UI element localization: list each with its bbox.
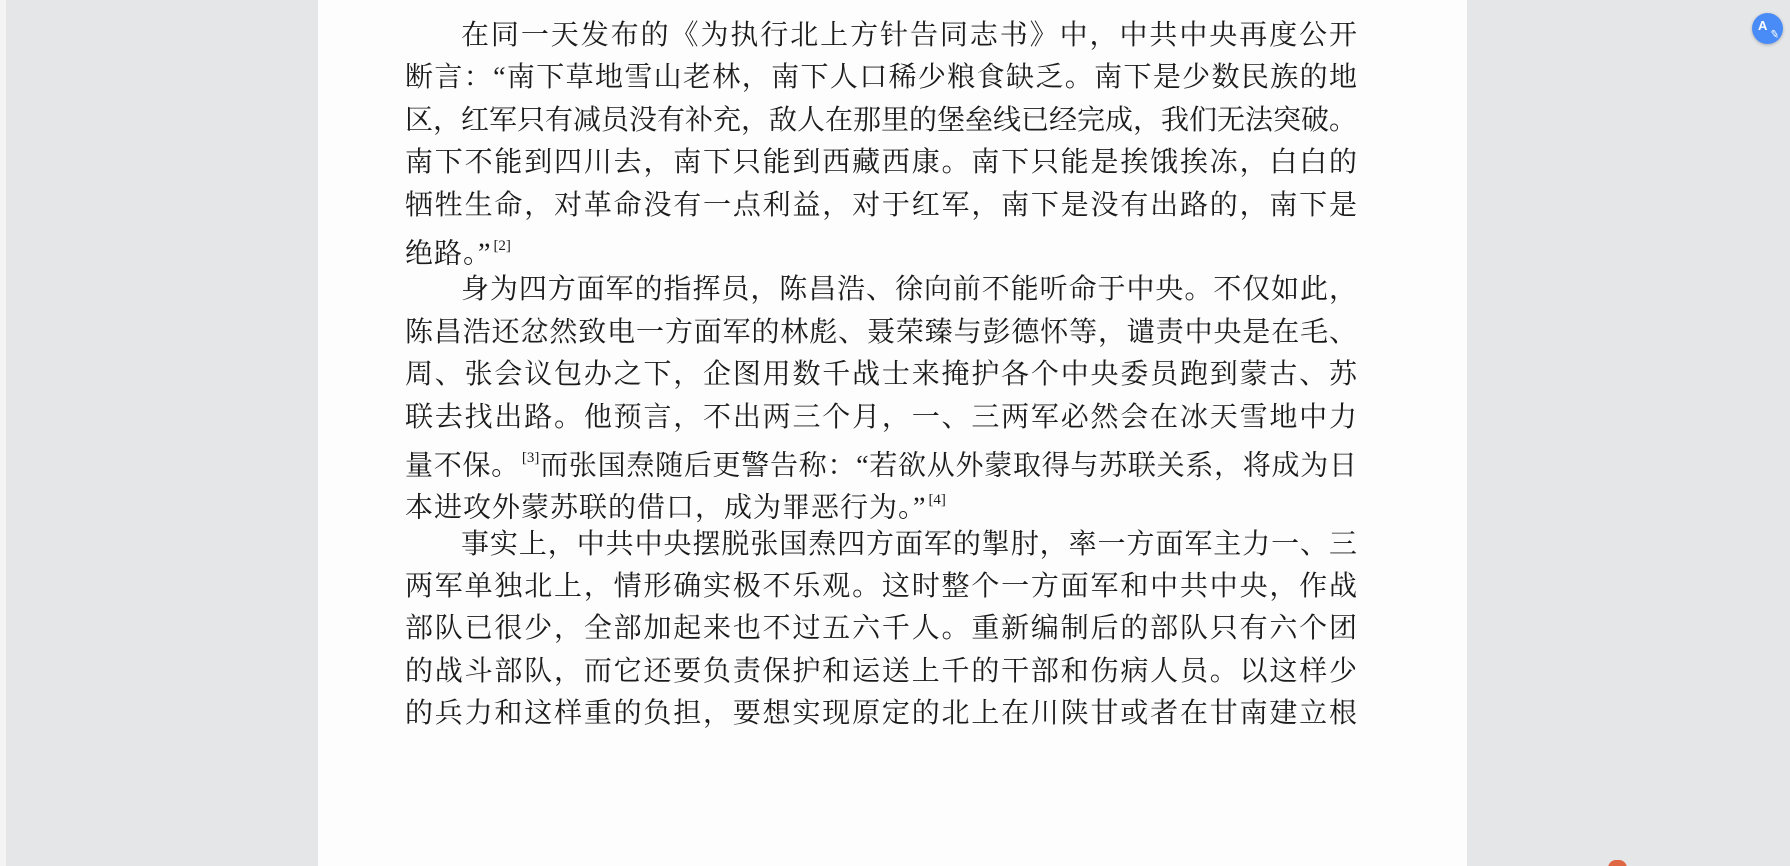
footnote-ref: [3] [522,450,540,466]
text-segment: 周、张会议包办之下，企图用数千战士来掩护各个中央委员跑到蒙古、苏 [405,359,1357,390]
text-segment: 南下不能到四川去，南下只能到西藏西康。南下只能是挨饿挨冻，白白的 [405,147,1357,178]
text-line: 陈昌浩还忿然致电一方面军的林彪、聂荣臻与彭德怀等，谴责中央是在毛、 [405,312,1357,354]
text-segment: 陈昌浩还忿然致电一方面军的林彪、聂荣臻与彭德怀等，谴责中央是在毛、 [405,317,1357,348]
text-segment: 两军单独北上，情形确实极不乐观。这时整个一方面军和中共中央，作战 [405,571,1357,602]
text-segment: 的战斗部队，而它还要负责保护和运送上千的干部和伤病人员。以这样少 [405,656,1357,687]
text-segment: 而张国焘随后更警告称：“若欲从外蒙取得与苏联关系，将成为日 [539,450,1357,481]
text-line: 部队已很少，全部加起来也不过五六千人。重新编制后的部队只有六个团 [405,608,1357,650]
left-edge-strip [0,0,6,866]
text-line: 在同一天发布的《为执行北上方针告同志书》中，中共中央再度公开 [405,15,1357,57]
text-segment: 绝路。” [405,238,491,269]
text-segment: 断言：“南下草地雪山老林，南下人口稀少粮食缺乏。南下是少数民族的地 [405,62,1357,93]
text-segment: 身为四方面军的指挥员，陈昌浩、徐向前不能听命于中央。不仅如此， [461,274,1357,305]
pencil-icon: ✎ [1769,28,1780,40]
text-line: 的兵力和这样重的负担，要想实现原定的北上在川陕甘或者在甘南建立根 [405,693,1357,735]
book-page: 在同一天发布的《为执行北上方针告同志书》中，中共中央再度公开断言：“南下草地雪山… [318,0,1467,866]
text-segment: 本进攻外蒙苏联的借口，成为罪恶行为。” [405,493,926,524]
page-text: 在同一天发布的《为执行北上方针告同志书》中，中共中央再度公开断言：“南下草地雪山… [405,0,1357,736]
reader-workspace: 在同一天发布的《为执行北上方针告同志书》中，中共中央再度公开断言：“南下草地雪山… [0,0,1790,866]
text-segment: 部队已很少，全部加起来也不过五六千人。重新编制后的部队只有六个团 [405,613,1357,644]
translate-icon: A [1758,19,1767,32]
text-line: 的战斗部队，而它还要负责保护和运送上千的干部和伤病人员。以这样少 [405,651,1357,693]
footnote-ref: [2] [493,238,511,254]
text-segment: 量不保。 [405,450,520,481]
text-line: 牺牲生命，对革命没有一点利益，对于红军，南下是没有出路的，南下是 [405,185,1357,227]
text-line: 南下不能到四川去，南下只能到西藏西康。南下只能是挨饿挨冻，白白的 [405,142,1357,184]
text-line: 区，红军只有减员没有补充，敌人在那里的堡垒线已经完成，我们无法突破。 [405,100,1357,142]
text-segment: 事实上，中共中央摆脱张国焘四方面军的掣肘，率一方面军主力一、三 [461,529,1357,560]
text-line: 身为四方面军的指挥员，陈昌浩、徐向前不能听命于中央。不仅如此， [405,269,1357,311]
translate-button[interactable]: A ✎ [1752,13,1783,44]
text-line: 量不保。[3]而张国焘随后更警告称：“若欲从外蒙取得与苏联关系，将成为日 [405,439,1357,481]
text-segment: 区，红军只有减员没有补充，敌人在那里的堡垒线已经完成，我们无法突破。 [405,105,1357,136]
text-segment: 的兵力和这样重的负担，要想实现原定的北上在川陕甘或者在甘南建立根 [405,698,1357,729]
text-segment: 在同一天发布的《为执行北上方针告同志书》中，中共中央再度公开 [461,20,1357,51]
text-line: 断言：“南下草地雪山老林，南下人口稀少粮食缺乏。南下是少数民族的地 [405,57,1357,99]
text-segment: 牺牲生命，对革命没有一点利益，对于红军，南下是没有出路的，南下是 [405,190,1357,221]
text-line: 周、张会议包办之下，企图用数千战士来掩护各个中央委员跑到蒙古、苏 [405,354,1357,396]
bottom-partial-badge[interactable] [1608,860,1627,866]
footnote-ref: [4] [928,492,946,508]
text-line: 联去找出路。他预言，不出两三个月，一、三两军必然会在冰天雪地中力 [405,397,1357,439]
text-line: 事实上，中共中央摆脱张国焘四方面军的掣肘，率一方面军主力一、三 [405,524,1357,566]
text-line: 绝路。”[2] [405,227,1357,269]
text-line: 两军单独北上，情形确实极不乐观。这时整个一方面军和中共中央，作战 [405,566,1357,608]
text-line: 本进攻外蒙苏联的借口，成为罪恶行为。”[4] [405,481,1357,523]
text-segment: 联去找出路。他预言，不出两三个月，一、三两军必然会在冰天雪地中力 [405,402,1357,433]
